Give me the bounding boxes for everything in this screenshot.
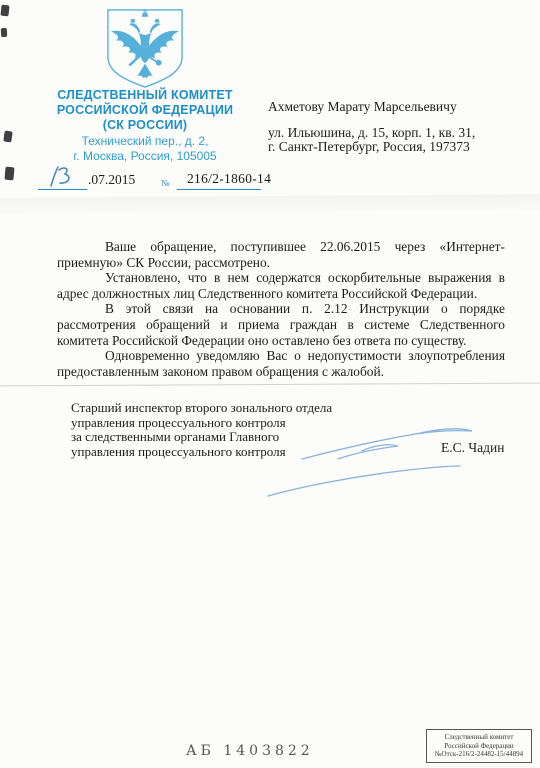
double-headed-eagle-emblem-icon	[100, 8, 190, 90]
letterhead-org-address: Технический пер., д. 2, г. Москва, Росси…	[25, 134, 265, 164]
handwritten-day-ink	[44, 165, 74, 190]
paragraph: Установлено, что в нем содержатся оскорб…	[57, 270, 505, 301]
recipient-address-line: ул. Ильюшина, д. 15, корп. 1, кв. 31,	[268, 126, 538, 141]
outgoing-doc-number: 216/2-1860-14	[187, 171, 271, 187]
org-line: (СК РОССИИ)	[25, 118, 265, 133]
scanned-letter-page: СЛЕДСТВЕННЫЙ КОМИТЕТ РОССИЙСКОЙ ФЕДЕРАЦИ…	[0, 0, 540, 768]
letterhead-org-name: СЛЕДСТВЕННЫЙ КОМИТЕТ РОССИЙСКОЙ ФЕДЕРАЦИ…	[25, 88, 265, 133]
scan-shadow-band	[0, 194, 540, 214]
stamp-line: №Отск-216/2-24482-15/44894	[428, 750, 530, 759]
eagle-glyph	[111, 9, 179, 78]
scan-artifact-mark	[4, 167, 14, 181]
letter-body: Ваше обращение, поступившее 22.06.2015 ч…	[57, 239, 505, 379]
org-address-line: г. Москва, Россия, 105005	[25, 149, 265, 164]
org-address-line: Технический пер., д. 2,	[25, 134, 265, 149]
number-sign: №	[161, 178, 170, 188]
blank-serial-number: АБ 1403822	[186, 743, 314, 759]
paragraph: Ваше обращение, поступившее 22.06.2015 ч…	[57, 239, 505, 270]
org-line: СЛЕДСТВЕННЫЙ КОМИТЕТ	[25, 88, 265, 103]
recipient-block: Ахметову Марату Марсельевичу ул. Ильюшин…	[268, 100, 538, 155]
signer-name: Е.С. Чадин	[441, 440, 504, 456]
paragraph: В этой связи на основании п. 2.12 Инстру…	[57, 301, 505, 348]
org-line: РОССИЙСКОЙ ФЕДЕРАЦИИ	[25, 103, 265, 118]
stamp-line: Следственный комитет	[428, 733, 530, 742]
printed-date: .07.2015	[88, 172, 135, 188]
recipient-name: Ахметову Марату Марсельевичу	[268, 100, 538, 115]
registration-stamp: Следственный комитет Российской Федераци…	[426, 729, 532, 763]
number-underline	[177, 189, 261, 190]
scan-artifact-mark	[1, 28, 8, 37]
scan-artifact-mark	[0, 5, 9, 17]
recipient-address-line: г. Санкт-Петербург, Россия, 197373	[268, 140, 538, 155]
scan-artifact-mark	[3, 130, 12, 142]
scan-line-artifact	[0, 383, 540, 387]
date-underline	[38, 189, 87, 190]
paragraph: Одновременно уведомляю Вас о недопустимо…	[57, 348, 505, 379]
stamp-line: Российской Федерации	[428, 742, 530, 751]
signer-title-line: Старший инспектор второго зонального отд…	[71, 401, 371, 416]
handwritten-signature-ink	[260, 415, 500, 510]
